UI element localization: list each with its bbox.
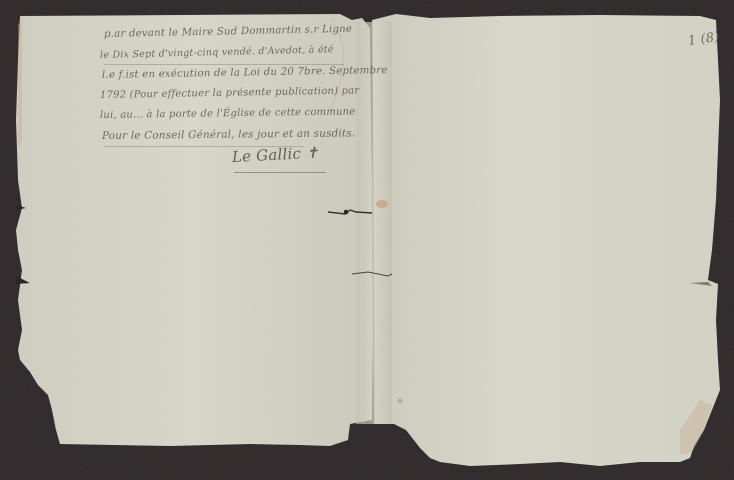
ruled-line bbox=[104, 64, 344, 65]
document-scan: p.ar devant le Maire Sud Dommartin s.r L… bbox=[0, 0, 734, 480]
stain bbox=[376, 200, 388, 208]
signature-underline bbox=[234, 172, 326, 173]
